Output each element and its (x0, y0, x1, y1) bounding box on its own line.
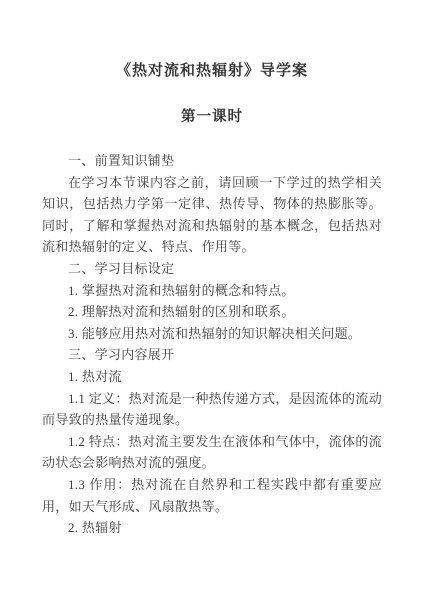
topic-heading-radiation: 2. 热辐射 (42, 517, 382, 539)
document-page: 《热对流和热辐射》导学案 第一课时 一、前置知识铺垫 在学习本节课内容之前，请回… (0, 0, 424, 600)
topic-heading-convection: 1. 热对流 (42, 366, 382, 388)
paragraph-prior-knowledge: 在学习本节课内容之前，请回顾一下学过的热学相关知识，包括热力学第一定律、热传导、… (42, 172, 382, 258)
section-heading-content: 三、学习内容展开 (42, 344, 382, 366)
section-heading-prior-knowledge: 一、前置知识铺垫 (42, 150, 382, 172)
convection-applications: 1.3 作用：热对流在自然界和工程实践中都有重要应用，如天气形成、风扇散热等。 (42, 474, 382, 517)
document-body: 一、前置知识铺垫 在学习本节课内容之前，请回顾一下学过的热学相关知识，包括热力学… (42, 150, 382, 539)
document-subtitle: 第一课时 (42, 107, 382, 128)
objective-item-2: 2. 理解热对流和热辐射的区别和联系。 (42, 301, 382, 323)
document-title: 《热对流和热辐射》导学案 (42, 60, 382, 82)
section-heading-objectives: 二、学习目标设定 (42, 258, 382, 280)
objective-item-3: 3. 能够应用热对流和热辐射的知识解决相关问题。 (42, 323, 382, 345)
convection-definition: 1.1 定义：热对流是一种热传递方式，是因流体的流动而导致的热量传递现象。 (42, 388, 382, 431)
convection-characteristics: 1.2 特点：热对流主要发生在液体和气体中，流体的流动状态会影响热对流的强度。 (42, 431, 382, 474)
objective-item-1: 1. 掌握热对流和热辐射的概念和特点。 (42, 280, 382, 302)
